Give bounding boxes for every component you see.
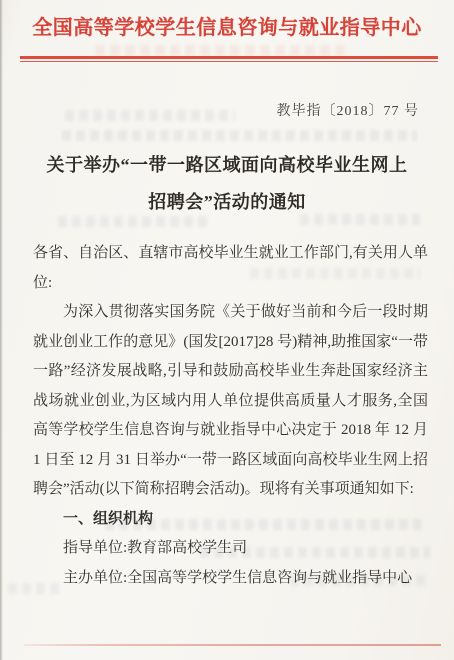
document-number: 教毕指〔2018〕77 号 [277, 100, 420, 120]
document-body: 各省、自治区、直辖市高校毕业生就业工作部门,有关用人单位: 为深入贯彻落实国务院… [33, 239, 428, 593]
letterhead-rule-thin [20, 61, 438, 62]
guidance-unit-line: 指导单位:教育部高校学生司 [33, 534, 428, 564]
document-title: 关于举办“一带一路区域面向高校毕业生网上 招聘会”活动的通知 [0, 147, 454, 221]
letterhead-rule-thick [20, 56, 438, 59]
document-title-line1: 关于举办“一带一路区域面向高校毕业生网上 [0, 147, 454, 184]
page-bottom-rule [24, 644, 441, 646]
section-heading-organization: 一、组织机构 [33, 505, 428, 535]
bleed-through-artifact [65, 110, 235, 121]
body-paragraph-1: 为深入贯彻落实国务院《关于做好当前和今后一段时期就业创业工作的意见》(国发[20… [33, 298, 428, 505]
bleed-through-artifact [95, 45, 345, 56]
document-title-line2: 招聘会”活动的通知 [0, 184, 454, 221]
scanned-document-page: 全国高等学校学生信息咨询与就业指导中心 教毕指〔2018〕77 号 关于举办“一… [0, 0, 454, 660]
page-edge-shadow [0, 0, 3, 660]
letterhead-org-name: 全国高等学校学生信息咨询与就业指导中心 [0, 11, 454, 40]
bleed-through-artifact [62, 130, 417, 141]
salutation-line: 各省、自治区、直辖市高校毕业生就业工作部门,有关用人单位: [33, 239, 428, 298]
host-unit-line: 主办单位:全国高等学校学生信息咨询与就业指导中心 [33, 564, 428, 594]
